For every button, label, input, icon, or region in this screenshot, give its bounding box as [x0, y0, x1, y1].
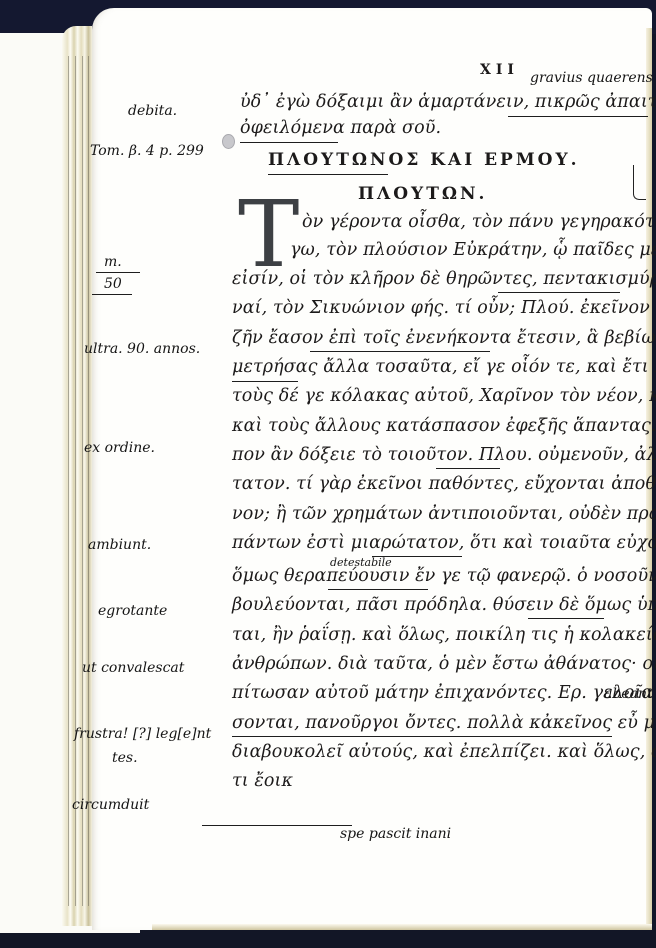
underline-mark — [240, 142, 338, 143]
underline-mark — [328, 589, 428, 590]
body-line: ται, ἢν ῥαΐσῃ. καὶ ὅλως, ποικίλη τις ἡ κ… — [232, 625, 656, 645]
page-bottom-edge — [152, 924, 652, 930]
underline-mark — [96, 272, 140, 273]
page-edge-line — [75, 56, 76, 906]
body-line: μετρήσας ἄλλα τοσαῦτα, εἴ γε οἷόν τε, κα… — [232, 357, 656, 377]
page-edge-line — [68, 56, 69, 906]
body-line: ὅμως θεραπεύουσιν ἔν γε τῷ φανερῷ. ὁ νοσ… — [232, 566, 656, 586]
body-line: ἀνθρώπων. διὰ ταῦτα, ὁ μὲν ἔστω ἀθάνατος… — [232, 654, 656, 674]
margin-note: m. — [104, 254, 122, 270]
text-line-2: ὀφειλόμενα παρὰ σοῦ. — [240, 118, 441, 138]
dialogue-heading: ΠΛΟΥΤΩΝΟΣ ΚΑΙ ΕΡΜΟΥ. — [268, 150, 580, 170]
page-edge-line — [88, 56, 89, 906]
underline-mark — [310, 351, 490, 352]
interlinear-note: spe pascit inani — [340, 826, 451, 842]
underline-mark — [268, 174, 388, 175]
body-line: σονται, πανοῦργοι ὄντες. πολλὰ κἀκεῖνος … — [232, 713, 656, 733]
margin-note: ex ordine. — [84, 440, 155, 456]
body-line: ναί, τὸν Σικυώνιον φής. τί οὖν; Πλού. ἐκ… — [232, 298, 656, 318]
underline-mark — [232, 736, 612, 737]
underline-mark — [202, 825, 352, 826]
book-page-edges — [62, 26, 92, 926]
body-line: νον; ἢ τῶν χρημάτων ἀντιποιοῦνται, οὐδὲν… — [232, 504, 656, 524]
text-line-1: ὐδ᾽ ἐγὼ δόξαιμι ἂν ἁμαρτάνειν, πικρῶς ἀπ… — [240, 92, 656, 112]
underline-mark — [92, 294, 132, 295]
margin-note: egrotante — [98, 603, 167, 619]
margin-note: 50 — [104, 276, 122, 292]
body-line: τοὺς δέ γε κόλακας αὐτοῦ, Χαρῖνον τὸν νέ… — [232, 386, 656, 406]
margin-note: debita. — [128, 103, 177, 119]
body-line: ζῆν ἔασον ἐπὶ τοῖς ἐνενήκοντα ἔτεσιν, ἃ … — [232, 328, 656, 348]
margin-note: circumduit — [72, 797, 149, 813]
body-line: πάντων ἐστὶ μιαρώτατον, ὅτι καὶ τοιαῦτα … — [232, 533, 656, 553]
margin-bracket-mark — [633, 165, 646, 200]
speaker-heading: ΠΛΟΥΤΩΝ. — [358, 184, 487, 204]
margin-note: ultra. 90. annos. — [84, 341, 200, 357]
margin-note: Tom. β. 4 p. 299 — [90, 143, 204, 159]
underline-mark — [528, 618, 604, 619]
body-line: διαβουκολεῖ αὐτούς, καὶ ἐπελπίζει. καὶ ὅ… — [232, 742, 656, 762]
body-line: ὸν γέροντα οἶσθα, τὸν πάνυ γεγηρακότα λέ… — [302, 212, 656, 232]
underline-mark — [508, 116, 648, 117]
page-edge-line — [82, 56, 83, 906]
body-line: βουλεύονται, πᾶσι πρόδηλα. θύσειν δὲ ὅμω… — [232, 595, 656, 615]
body-line: τι ἔοικ — [232, 771, 293, 791]
body-line: τατον. τί γὰρ ἐκεῖνοι παθόντες, εὔχονται… — [232, 474, 656, 494]
body-line: εἰσίν, οἱ τὸν κλῆρον δὲ θηρῶντες, πεντακ… — [232, 269, 656, 289]
margin-note: tes. — [112, 750, 138, 766]
margin-note: ambiunt. — [88, 537, 151, 553]
body-line: καὶ τοὺς ἄλλους κατάσπασον ἐφεξῆς ἅπαντα… — [232, 416, 656, 436]
folio-number: XII — [480, 62, 519, 78]
body-line: πίτωσαν αὐτοῦ μάτην ἐπιχανόντες. Ερ. γελ… — [232, 683, 656, 703]
underline-mark — [232, 381, 298, 382]
underline-mark — [498, 292, 620, 293]
body-line: πον ἂν δόξειε τὸ τοιοῦτον. Πλου. οὐμενοῦ… — [232, 445, 656, 465]
underline-mark — [436, 468, 500, 469]
interlinear-note: gravius quaerens — [530, 70, 653, 86]
interlinear-note: abeant — [604, 686, 653, 702]
drop-cap-letter: T — [238, 195, 299, 275]
body-line: γω, τὸν πλούσιον Εὐκράτην, ᾧ παῖδες μὲν … — [290, 240, 656, 260]
ink-blot — [222, 134, 235, 149]
margin-note: ut convalescat — [82, 660, 184, 676]
margin-note: frustra! [?] leg[e]nt — [74, 726, 211, 742]
